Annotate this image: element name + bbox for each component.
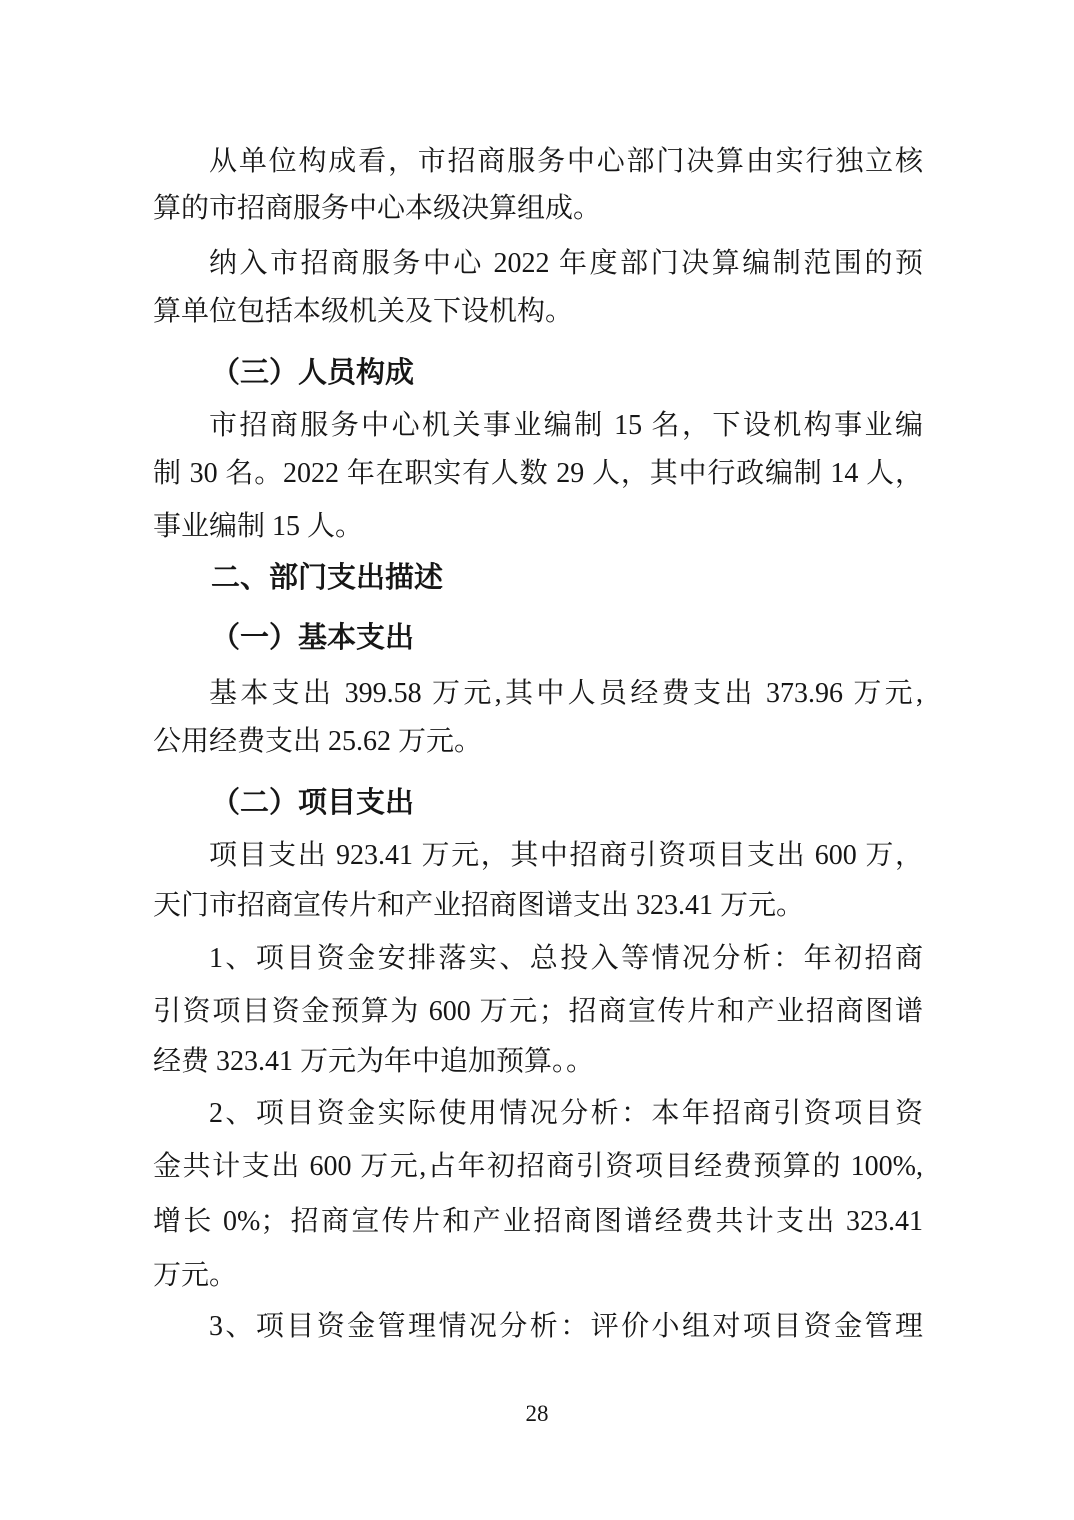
paragraph-line: 经费 323.41 万元为年中追加预算。。 bbox=[153, 1035, 923, 1088]
paragraph-line: 公用经费支出 25.62 万元。 bbox=[153, 715, 923, 768]
paragraph-line: 3、项目资金管理情况分析：评价小组对项目资金管理 bbox=[153, 1300, 923, 1353]
paragraph-line: 从单位构成看，市招商服务中心部门决算由实行独立核 bbox=[153, 135, 923, 188]
paragraph-line: 天门市招商宣传片和产业招商图谱支出 323.41 万元。 bbox=[153, 879, 923, 932]
paragraph-line: 基本支出 399.58 万元,其中人员经费支出 373.96 万元, bbox=[153, 667, 923, 720]
paragraph-line: 金共计支出 600 万元,占年初招商引资项目经费预算的 100%, bbox=[153, 1140, 923, 1193]
paragraph-line: 万元。 bbox=[153, 1249, 923, 1302]
section-heading-project-expenditure: （二）项目支出 bbox=[153, 777, 923, 830]
paragraph-line: 2、项目资金实际使用情况分析：本年招商引资项目资 bbox=[153, 1087, 923, 1140]
paragraph-line: 算单位包括本级机关及下设机构。 bbox=[153, 285, 923, 338]
paragraph-line: 事业编制 15 人。 bbox=[153, 500, 923, 553]
section-heading-personnel: （三）人员构成 bbox=[153, 347, 923, 400]
paragraph-line: 1、项目资金安排落实、总投入等情况分析：年初招商 bbox=[153, 932, 923, 985]
paragraph-line: 制 30 名。2022 年在职实有人数 29 人，其中行政编制 14 人， bbox=[153, 447, 923, 500]
paragraph-line: 纳入市招商服务中心 2022 年度部门决算编制范围的预 bbox=[153, 237, 923, 290]
section-heading-expenditure: 二、部门支出描述 bbox=[153, 552, 923, 605]
paragraph-line: 项目支出 923.41 万元，其中招商引资项目支出 600 万， bbox=[153, 829, 923, 882]
section-heading-basic-expenditure: （一）基本支出 bbox=[153, 612, 923, 665]
paragraph-line: 算的市招商服务中心本级决算组成。 bbox=[153, 182, 923, 235]
page-number: 28 bbox=[0, 1398, 1074, 1430]
paragraph-line: 市招商服务中心机关事业编制 15 名，下设机构事业编 bbox=[153, 399, 923, 452]
document-page: 从单位构成看，市招商服务中心部门决算由实行独立核 算的市招商服务中心本级决算组成… bbox=[0, 0, 1074, 1520]
paragraph-line: 引资项目资金预算为 600 万元；招商宣传片和产业招商图谱 bbox=[153, 985, 923, 1038]
paragraph-line: 增长 0%；招商宣传片和产业招商图谱经费共计支出 323.41 bbox=[153, 1195, 923, 1248]
